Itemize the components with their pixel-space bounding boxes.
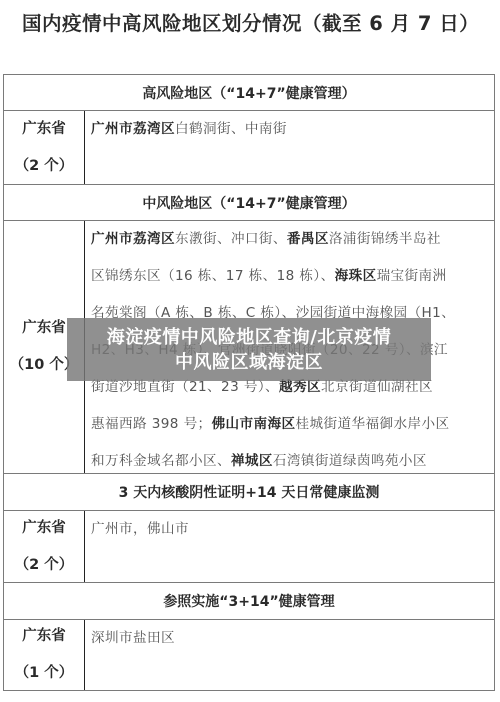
section-header-medium-risk: 中风险地区（“14+7”健康管理）	[4, 185, 494, 221]
province-name: 广东省	[22, 510, 66, 547]
table-row-high-risk: 广东省 （2 个） 广州市荔湾区白鹤洞街、中南街	[4, 111, 494, 185]
area-list-cell: 广州市荔湾区白鹤洞街、中南街	[85, 111, 494, 184]
area-text: 区锦绣东区（16 栋、17 栋、18 栋）、	[91, 268, 335, 284]
area-text: 瑞宝街南洲	[377, 268, 447, 284]
area-text: 白鹤洞街、中南街	[175, 121, 287, 137]
table-row-monitoring: 广东省 （2 个） 广州市，佛山市	[4, 511, 494, 583]
section-header-3-14: 参照实施“3+14”健康管理	[4, 583, 494, 620]
district-name: 海珠区	[335, 268, 377, 284]
section-header-monitoring: 3 天内核酸阴性证明+14 天日常健康监测	[4, 474, 494, 511]
area-list-cell: 深圳市盐田区	[85, 620, 494, 690]
area-count: （2 个）	[15, 547, 74, 584]
area-text: 石湾镇街道绿茵鸣苑小区	[273, 453, 427, 469]
text-line: 广州市荔湾区东漖街、冲口街、番禺区洛浦街锦绣半岛社	[91, 221, 488, 258]
district-name: 广州市荔湾区	[91, 231, 175, 247]
section-header-label: 高风险地区（“14+7”健康管理）	[142, 83, 355, 103]
section-header-label: 3 天内核酸阴性证明+14 天日常健康监测	[119, 482, 380, 502]
text-line: 惠福西路 398 号；佛山市南海区桂城街道华福御水岸小区	[91, 406, 488, 443]
province-name: 广东省	[22, 310, 66, 347]
risk-area-table: 高风险地区（“14+7”健康管理） 广东省 （2 个） 广州市荔湾区白鹤洞街、中…	[3, 74, 495, 691]
section-header-label: 参照实施“3+14”健康管理	[163, 591, 334, 611]
district-name: 禅城区	[231, 453, 273, 469]
area-text: 和万科金域名都小区、	[91, 453, 231, 469]
area-text: 广州市，佛山市	[91, 521, 189, 537]
page-title: 国内疫情中高风险地区划分情况（截至 6 月 7 日）	[22, 8, 479, 36]
district-name: 佛山市南海区	[212, 416, 296, 432]
province-cell: 广东省 （1 个）	[4, 620, 85, 690]
caption-line-2: 中风险区域海淀区	[175, 350, 323, 375]
area-text: 洛浦街锦绣半岛社	[329, 231, 441, 247]
caption-line-1: 海淀疫情中风险地区查询/北京疫情	[107, 325, 392, 350]
area-count: （1 个）	[15, 655, 74, 692]
province-name: 广东省	[22, 618, 66, 655]
table-row-3-14: 广东省 （1 个） 深圳市盐田区	[4, 620, 494, 690]
province-cell: 广东省 （2 个）	[4, 511, 85, 582]
area-list-cell: 广州市，佛山市	[85, 511, 494, 582]
area-count: （2 个）	[15, 148, 74, 185]
text-line: 区锦绣东区（16 栋、17 栋、18 栋）、海珠区瑞宝街南洲	[91, 258, 488, 295]
district-name: 广州市荔湾区	[91, 121, 175, 137]
area-text: 惠福西路 398 号；	[91, 416, 212, 432]
section-header-label: 中风险地区（“14+7”健康管理）	[142, 193, 355, 213]
area-text: 东漖街、冲口街、	[175, 231, 287, 247]
province-name: 广东省	[22, 111, 66, 148]
district-name: 番禺区	[287, 231, 329, 247]
area-text: 街道沙地直街（21、23 号）、	[91, 379, 279, 395]
district-name: 越秀区	[279, 379, 321, 395]
area-text: 桂城街道华福御水岸小区	[296, 416, 450, 432]
area-text: 北京街道仙湖社区	[321, 379, 433, 395]
province-cell: 广东省 （2 个）	[4, 111, 85, 184]
section-header-high-risk: 高风险地区（“14+7”健康管理）	[4, 75, 494, 111]
area-text: 深圳市盐田区	[91, 630, 175, 646]
caption-overlay: 海淀疫情中风险地区查询/北京疫情 中风险区域海淀区	[67, 318, 431, 381]
